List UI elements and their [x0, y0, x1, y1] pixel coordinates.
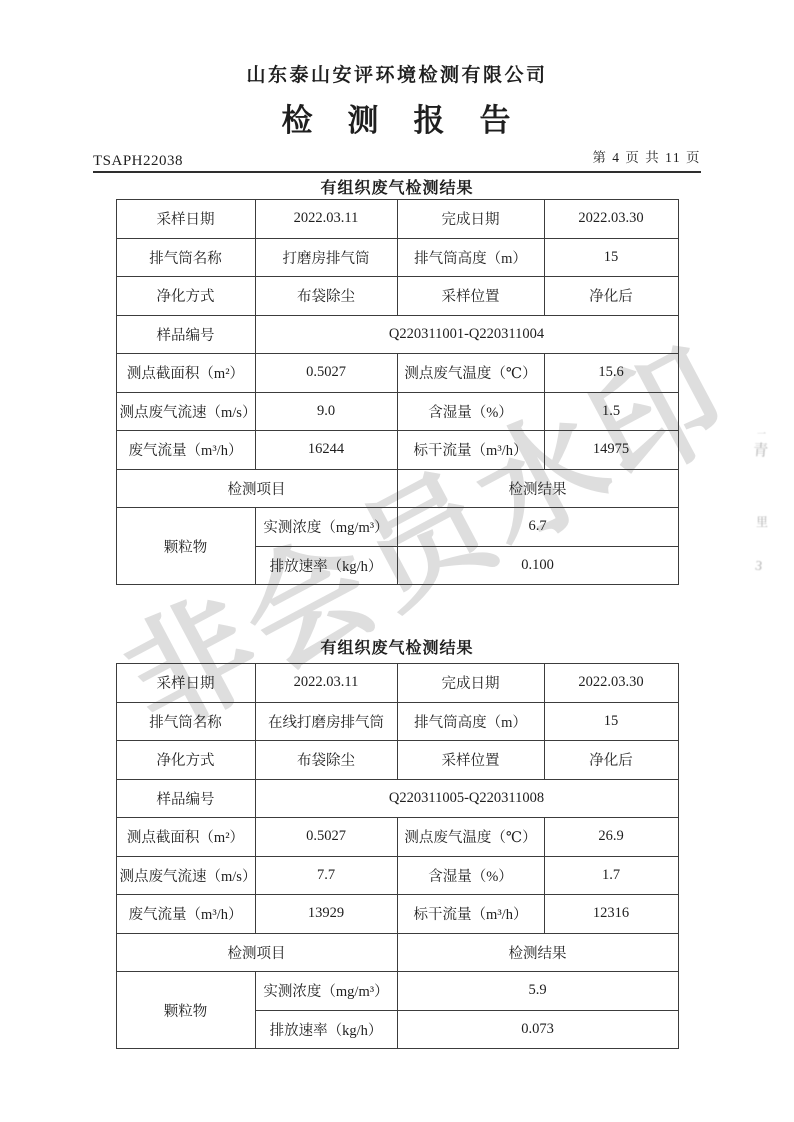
purification-method-value: 布袋除尘	[255, 277, 397, 316]
stack-height-value: 15	[544, 238, 678, 277]
pollutant-name: 颗粒物	[116, 972, 255, 1049]
table-row: 采样日期 2022.03.11 完成日期 2022.03.30	[116, 664, 678, 703]
standard-dry-flow-label: 标干流量（m³/h）	[397, 431, 544, 470]
table-row: 废气流量（m³/h） 13929 标干流量（m³/h） 12316	[116, 895, 678, 934]
gas-velocity-label: 测点废气流速（m/s）	[116, 856, 255, 895]
completion-date-value: 2022.03.30	[544, 664, 678, 703]
gas-temperature-label: 测点废气温度（℃）	[397, 818, 544, 857]
purification-method-label: 净化方式	[116, 741, 255, 780]
sampling-date-value: 2022.03.11	[255, 200, 397, 239]
measured-concentration-label: 实测浓度（mg/m³）	[255, 972, 397, 1011]
standard-dry-flow-value: 12316	[544, 895, 678, 934]
header-meta-row: TSAPH22038 第 4 页 共 11 页	[93, 146, 701, 173]
gas-temperature-value: 26.9	[544, 818, 678, 857]
test-item-header: 检测项目	[116, 469, 397, 508]
table-row: 采样日期 2022.03.11 完成日期 2022.03.30	[116, 200, 678, 239]
sampling-position-value: 净化后	[544, 277, 678, 316]
gas-velocity-value: 7.7	[255, 856, 397, 895]
sampling-date-label: 采样日期	[116, 200, 255, 239]
emission-rate-value: 0.100	[397, 546, 678, 585]
table-row: 排气筒名称 打磨房排气筒 排气筒高度（m） 15	[116, 238, 678, 277]
test-result-header: 检测结果	[397, 469, 678, 508]
sample-no-value: Q220311005-Q220311008	[255, 779, 678, 818]
measured-concentration-value: 5.9	[397, 972, 678, 1011]
sampling-position-label: 采样位置	[397, 741, 544, 780]
stack-height-label: 排气筒高度（m）	[397, 702, 544, 741]
cross-section-area-value: 0.5027	[255, 354, 397, 393]
standard-dry-flow-value: 14975	[544, 431, 678, 470]
table-row: 检测项目 检测结果	[116, 469, 678, 508]
test-result-header: 检测结果	[397, 933, 678, 972]
cross-section-area-value: 0.5027	[255, 818, 397, 857]
purification-method-label: 净化方式	[116, 277, 255, 316]
emission-rate-label: 排放速率（kg/h）	[255, 1010, 397, 1049]
gas-velocity-label: 测点废气流速（m/s）	[116, 392, 255, 431]
table-row: 检测项目 检测结果	[116, 933, 678, 972]
document-page: 非会员水印 一 青 里 3 山东泰山安评环境检测有限公司 检 测 报 告 TSA…	[0, 0, 794, 1122]
stack-name-value: 打磨房排气筒	[255, 238, 397, 277]
sampling-date-value: 2022.03.11	[255, 664, 397, 703]
sample-no-label: 样品编号	[116, 779, 255, 818]
waste-gas-table-1: 采样日期 2022.03.11 完成日期 2022.03.30 排气筒名称 打磨…	[116, 199, 679, 585]
report-title: 检 测 报 告	[0, 95, 794, 140]
table-row: 废气流量（m³/h） 16244 标干流量（m³/h） 14975	[116, 431, 678, 470]
moisture-content-value: 1.5	[544, 392, 678, 431]
sample-no-label: 样品编号	[116, 315, 255, 354]
emission-rate-value: 0.073	[397, 1010, 678, 1049]
table-row: 测点废气流速（m/s） 9.0 含湿量（%） 1.5	[116, 392, 678, 431]
stack-height-label: 排气筒高度（m）	[397, 238, 544, 277]
moisture-content-label: 含湿量（%）	[397, 392, 544, 431]
table-title: 有组织废气检测结果	[0, 635, 794, 658]
table-row: 净化方式 布袋除尘 采样位置 净化后	[116, 741, 678, 780]
sampling-position-value: 净化后	[544, 741, 678, 780]
table-row: 样品编号 Q220311005-Q220311008	[116, 779, 678, 818]
moisture-content-value: 1.7	[544, 856, 678, 895]
cross-section-area-label: 测点截面积（m²）	[116, 818, 255, 857]
table-row: 测点截面积（m²） 0.5027 测点废气温度（℃） 15.6	[116, 354, 678, 393]
company-name: 山东泰山安评环境检测有限公司	[0, 0, 794, 87]
gas-temperature-value: 15.6	[544, 354, 678, 393]
gas-flow-label: 废气流量（m³/h）	[116, 895, 255, 934]
completion-date-label: 完成日期	[397, 200, 544, 239]
stack-height-value: 15	[544, 702, 678, 741]
stack-name-value: 在线打磨房排气筒	[255, 702, 397, 741]
page-number-info: 第 4 页 共 11 页	[592, 146, 701, 170]
gas-flow-value: 13929	[255, 895, 397, 934]
table-row: 测点废气流速（m/s） 7.7 含湿量（%） 1.7	[116, 856, 678, 895]
stack-name-label: 排气筒名称	[116, 702, 255, 741]
stack-name-label: 排气筒名称	[116, 238, 255, 277]
gas-flow-value: 16244	[255, 431, 397, 470]
gas-velocity-value: 9.0	[255, 392, 397, 431]
table-row: 样品编号 Q220311001-Q220311004	[116, 315, 678, 354]
sample-no-value: Q220311001-Q220311004	[255, 315, 678, 354]
moisture-content-label: 含湿量（%）	[397, 856, 544, 895]
sampling-date-label: 采样日期	[116, 664, 255, 703]
standard-dry-flow-label: 标干流量（m³/h）	[397, 895, 544, 934]
measured-concentration-label: 实测浓度（mg/m³）	[255, 508, 397, 547]
report-number: TSAPH22038	[93, 153, 183, 170]
completion-date-label: 完成日期	[397, 664, 544, 703]
cross-section-area-label: 测点截面积（m²）	[116, 354, 255, 393]
measured-concentration-value: 6.7	[397, 508, 678, 547]
emission-rate-label: 排放速率（kg/h）	[255, 546, 397, 585]
gas-temperature-label: 测点废气温度（℃）	[397, 354, 544, 393]
completion-date-value: 2022.03.30	[544, 200, 678, 239]
table-row: 颗粒物 实测浓度（mg/m³） 6.7	[116, 508, 678, 547]
table-title: 有组织废气检测结果	[0, 175, 794, 198]
sampling-position-label: 采样位置	[397, 277, 544, 316]
test-item-header: 检测项目	[116, 933, 397, 972]
table-row: 排气筒名称 在线打磨房排气筒 排气筒高度（m） 15	[116, 702, 678, 741]
table-row: 净化方式 布袋除尘 采样位置 净化后	[116, 277, 678, 316]
pollutant-name: 颗粒物	[116, 508, 255, 585]
gas-flow-label: 废气流量（m³/h）	[116, 431, 255, 470]
purification-method-value: 布袋除尘	[255, 741, 397, 780]
table-row: 测点截面积（m²） 0.5027 测点废气温度（℃） 26.9	[116, 818, 678, 857]
waste-gas-table-2: 采样日期 2022.03.11 完成日期 2022.03.30 排气筒名称 在线…	[116, 663, 679, 1049]
table-row: 颗粒物 实测浓度（mg/m³） 5.9	[116, 972, 678, 1011]
